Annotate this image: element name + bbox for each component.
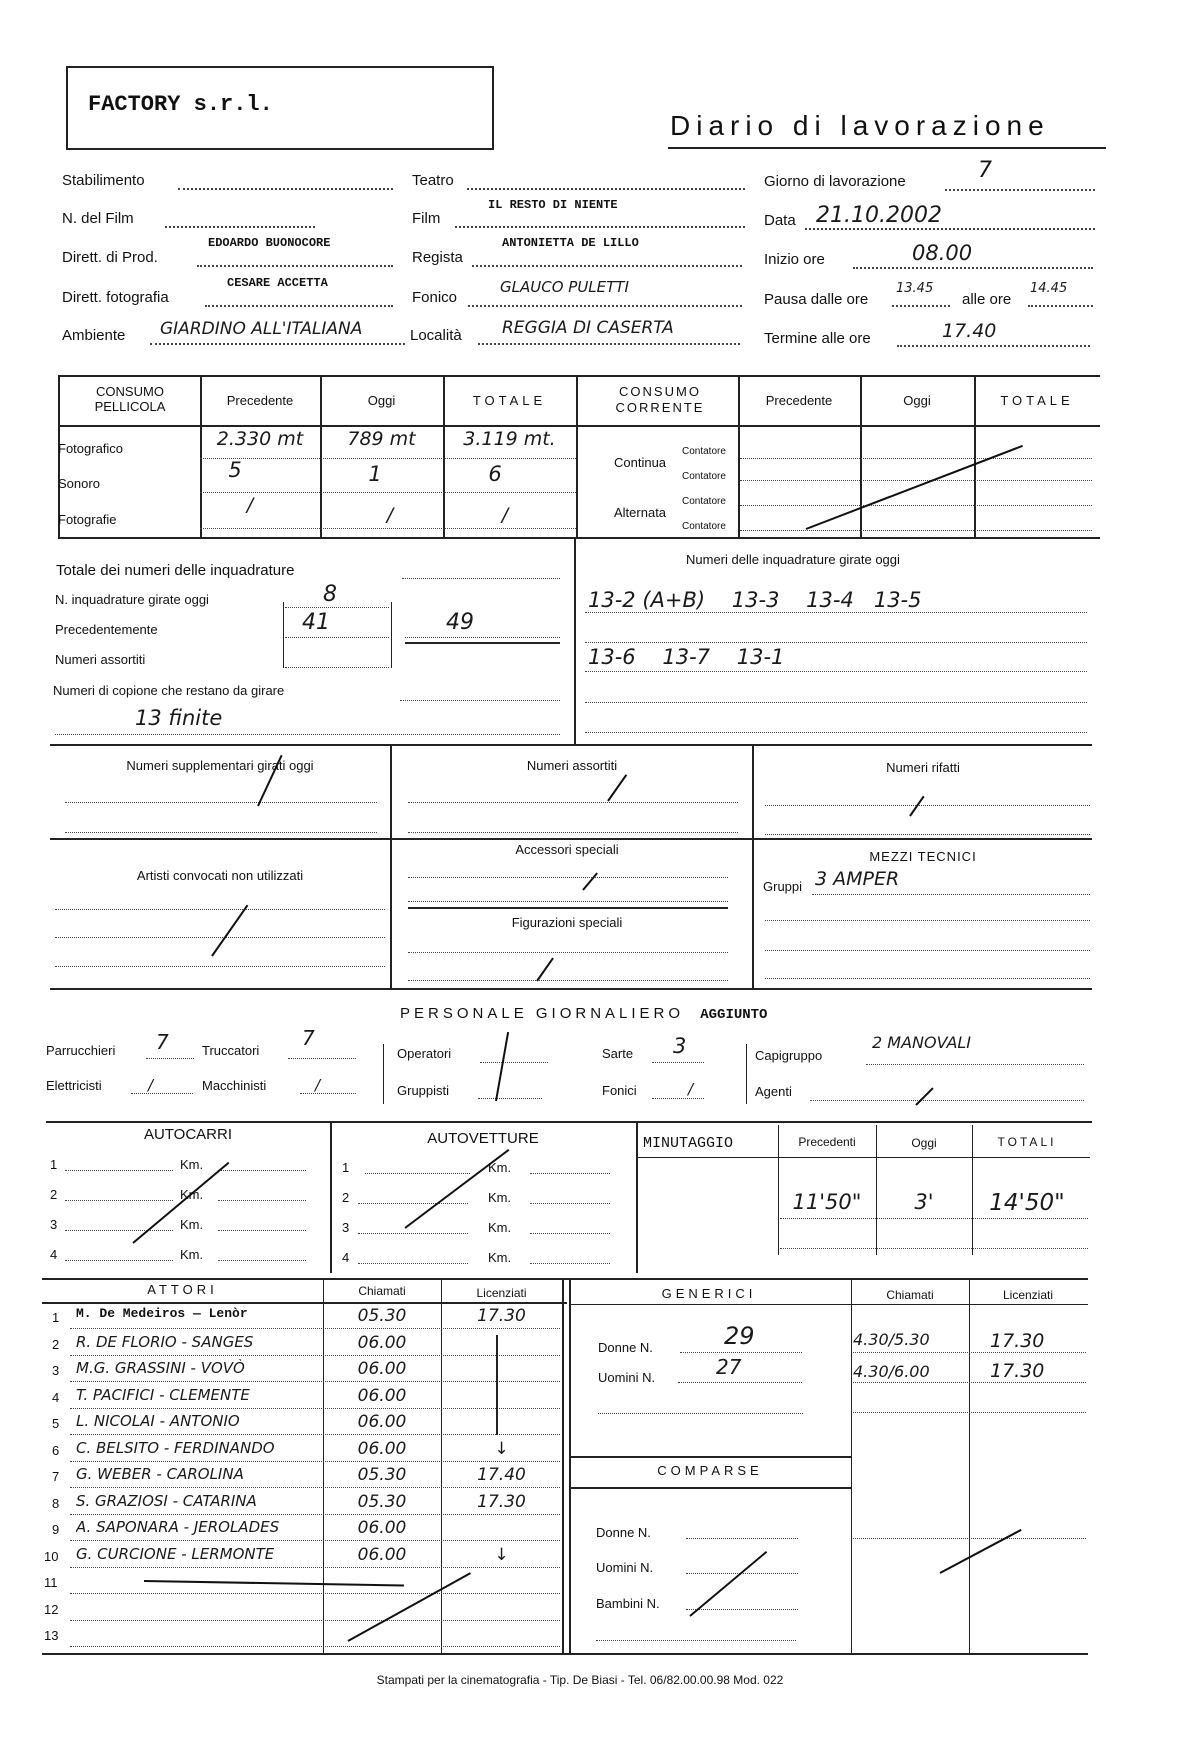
figurazioni-field[interactable] [408, 952, 728, 953]
accessori-title: Accessori speciali [392, 842, 742, 857]
divider [383, 1044, 384, 1104]
strike-line [607, 774, 627, 801]
divider [969, 1278, 970, 1653]
data-value: 21.10.2002 [816, 203, 942, 228]
dir-prod-field[interactable] [197, 265, 393, 267]
autocarri-row-num: 4 [50, 1247, 57, 1262]
divider [42, 1278, 1088, 1280]
precedentemente-label: Precedentemente [55, 622, 158, 637]
copione-field[interactable] [400, 700, 560, 701]
attori-header: ATTORI [42, 1282, 323, 1297]
copione-value: 13 finite [135, 706, 222, 730]
inquadrature-box [283, 602, 392, 668]
teatro-field[interactable] [467, 188, 745, 190]
generici-time-line [853, 1412, 1086, 1413]
attore-name: M. De Medeiros — Lenòr [76, 1306, 248, 1321]
autovetture-field[interactable] [358, 1203, 468, 1204]
rifatti-field[interactable] [765, 834, 1090, 835]
parrucchieri-field[interactable] [146, 1058, 194, 1059]
divider [50, 838, 1092, 840]
attore-row-line[interactable] [70, 1487, 560, 1488]
corrente-header-totale: TOTALE [974, 393, 1100, 408]
copione-label: Numeri di copione che restano da girare [53, 683, 284, 698]
assortiti-field[interactable] [408, 802, 738, 803]
truccatori-value: 7 [302, 1026, 315, 1050]
minutaggio-header: MINUTAGGIO [643, 1135, 733, 1152]
termine-value: 17.40 [942, 320, 996, 342]
title-underline [668, 147, 1106, 149]
minutaggio-header-precedenti: Precedenti [778, 1135, 876, 1149]
capigruppo-label: Capigruppo [755, 1048, 822, 1063]
gruppi-field[interactable] [812, 894, 1090, 895]
capigruppo-field[interactable] [866, 1064, 1084, 1065]
autocarri-km-field[interactable] [218, 1260, 306, 1261]
attore-row-num: 10 [44, 1549, 58, 1564]
fonici-value: / [688, 1080, 693, 1098]
mezzi-field[interactable] [765, 920, 1090, 921]
attore-row-num: 4 [52, 1390, 59, 1405]
comparse-donne-field[interactable] [686, 1538, 798, 1539]
autocarri-km-field[interactable] [218, 1170, 306, 1171]
attore-row-num: 9 [52, 1522, 59, 1537]
assortiti-title: Numeri assortiti [392, 758, 752, 773]
rifatti-title: Numeri rifatti [754, 760, 1092, 775]
contatore-label: Contatore [682, 521, 726, 532]
pellicola-cell: / [470, 504, 540, 526]
localita-label: Località [410, 327, 462, 344]
corrente-line [740, 480, 1092, 481]
artisti-title: Artisti convocati non utilizzati [50, 868, 390, 883]
autovetture-km: Km. [488, 1250, 511, 1265]
attore-row-line[interactable] [70, 1540, 560, 1541]
attore-row-line[interactable] [70, 1646, 560, 1647]
numeri-oggi-line[interactable] [585, 642, 1087, 643]
rifatti-field[interactable] [765, 805, 1090, 806]
accessori-field[interactable] [408, 901, 728, 902]
arrow-line [496, 1335, 498, 1435]
footer-text: Stampati per la cinematografia - Tip. De… [280, 1673, 880, 1687]
minutaggio-precedenti: 11'50" [778, 1190, 876, 1214]
generici-uomini-value: 27 [716, 1355, 741, 1379]
figurazioni-title: Figurazioni speciali [392, 915, 742, 930]
autovetture-row-num: 4 [342, 1250, 349, 1265]
attore-chiamati: 06.00 [323, 1333, 441, 1353]
operatori-label: Operatori [397, 1046, 451, 1061]
totale-inquadrature-field[interactable] [402, 578, 560, 579]
inizio-field[interactable] [853, 267, 1093, 269]
assortiti-field[interactable] [285, 667, 389, 668]
strike-line [404, 1149, 509, 1229]
attore-row-line[interactable] [70, 1593, 560, 1594]
gruppi-value: 3 AMPER [815, 868, 899, 890]
autocarri-field[interactable] [65, 1200, 173, 1201]
stabilimento-label: Stabilimento [62, 172, 145, 189]
generici-uomini-label: Uomini N. [598, 1370, 655, 1385]
generici-uomini-chiamati: 4.30/6.00 [853, 1362, 930, 1381]
regista-value: ANTONIETTA DE LILLO [502, 236, 639, 250]
pellicola-cell: 789 mt [320, 428, 443, 450]
attore-licenziati: ↓ [441, 1545, 562, 1565]
numeri-oggi-line[interactable] [585, 671, 1087, 672]
pellicola-header-oggi: Oggi [320, 393, 443, 408]
autocarri-km-field[interactable] [218, 1230, 306, 1231]
autovetture-km-field[interactable] [530, 1203, 610, 1204]
attore-chiamati: 05.30 [323, 1306, 441, 1326]
attore-row-line[interactable] [70, 1514, 560, 1515]
capigruppo-value: 2 MANOVALI [872, 1033, 971, 1052]
contatore-label: Contatore [682, 471, 726, 482]
attore-name: G. WEBER - CAROLINA [76, 1465, 244, 1483]
pellicola-cell: 6 [460, 462, 530, 486]
autocarri-km: Km. [180, 1217, 203, 1232]
n-film-label: N. del Film [62, 210, 134, 227]
elettricisti-field[interactable] [131, 1093, 193, 1094]
dir-prod-value: EDOARDO BUONOCORE [208, 236, 330, 250]
divider [50, 744, 1092, 746]
numeri-oggi-line[interactable] [585, 612, 1087, 613]
supplementari-field[interactable] [65, 832, 377, 833]
pellicola-row-label: Sonoro [58, 476, 100, 491]
autovetture-row-num: 3 [342, 1220, 349, 1235]
autovetture-km-field[interactable] [530, 1233, 610, 1234]
corrente-header: CONSUMO CORRENTE [600, 384, 720, 416]
data-field[interactable] [805, 228, 1095, 230]
parrucchieri-label: Parrucchieri [46, 1043, 115, 1058]
precedentemente-field[interactable] [285, 637, 389, 638]
numeri-oggi-line[interactable] [585, 732, 1087, 733]
divider [746, 1044, 747, 1104]
attore-chiamati: 05.30 [323, 1465, 441, 1485]
minutaggio-oggi: 3' [876, 1190, 972, 1214]
numeri-oggi-line2: 13-6 13-7 13-1 [588, 645, 784, 669]
autovetture-km-field[interactable] [530, 1173, 610, 1174]
autovetture-field[interactable] [358, 1233, 468, 1234]
dir-foto-value: CESARE ACCETTA [227, 276, 328, 290]
autovetture-field[interactable] [365, 1173, 470, 1174]
ambiente-value: GIARDINO ALL'ITALIANA [160, 319, 362, 339]
company-name: FACTORY s.r.l. [88, 92, 273, 117]
attore-chiamati: 05.30 [323, 1492, 441, 1512]
truccatori-field[interactable] [288, 1058, 356, 1059]
sarte-field[interactable] [652, 1062, 704, 1063]
attore-row-line[interactable] [70, 1355, 560, 1356]
numeri-oggi-line1: 13-2 (A+B) 13-3 13-4 13-5 [588, 588, 922, 612]
pellicola-line [200, 528, 576, 529]
divider [752, 744, 754, 988]
macchinisti-field[interactable] [300, 1093, 356, 1094]
dir-prod-label: Dirett. di Prod. [62, 249, 158, 266]
fonico-field[interactable] [468, 305, 742, 307]
ambiente-label: Ambiente [62, 327, 125, 344]
autocarri-field[interactable] [65, 1170, 173, 1171]
mezzi-tecnici-title: MEZZI TECNICI [754, 849, 1092, 864]
artisti-field[interactable] [55, 909, 385, 910]
contatore-label: Contatore [682, 496, 726, 507]
stabilimento-field[interactable] [178, 188, 393, 190]
generici-donne-chiamati: 4.30/5.30 [853, 1330, 930, 1349]
attore-row-line[interactable] [70, 1461, 560, 1462]
attore-row-num: 12 [44, 1602, 58, 1617]
truccatori-label: Truccatori [202, 1043, 259, 1058]
attore-row-num: 5 [52, 1416, 59, 1431]
attore-name: T. PACIFICI - CLEMENTE [76, 1386, 250, 1404]
corrente-header-precedente: Precedente [738, 393, 860, 408]
gruppisti-label: Gruppisti [397, 1083, 449, 1098]
pellicola-row-label: Fotografico [58, 441, 123, 456]
divider [408, 907, 728, 909]
macchinisti-label: Macchinisti [202, 1078, 266, 1093]
termine-field[interactable] [897, 345, 1090, 347]
attore-row-line[interactable] [70, 1408, 560, 1409]
corrente-line [740, 530, 1092, 531]
strike-line [689, 1551, 767, 1617]
strike-line [909, 796, 924, 817]
attore-chiamati: 06.00 [323, 1545, 441, 1565]
girate-oggi-field[interactable] [285, 607, 389, 608]
pellicola-cell: 3.119 mt. [443, 428, 576, 450]
totale-underline [405, 642, 560, 644]
assortiti-label: Numeri assortiti [55, 652, 145, 667]
fonici-label: Fonici [602, 1083, 637, 1098]
corrente-line [740, 505, 1092, 506]
divider [851, 1278, 852, 1653]
generici-extra-field[interactable] [598, 1413, 803, 1414]
autocarri-km: Km. [180, 1157, 203, 1172]
accessori-field[interactable] [408, 877, 728, 878]
attori-header-licenziati: Licenziati [441, 1286, 562, 1300]
attore-row-num: 11 [44, 1575, 58, 1590]
personale-title-suffix: AGGIUNTO [700, 1007, 767, 1023]
regista-field[interactable] [472, 265, 742, 267]
autocarri-field[interactable] [65, 1260, 173, 1261]
autocarri-row-num: 3 [50, 1217, 57, 1232]
autovetture-row-num: 1 [342, 1160, 349, 1175]
attore-licenziati: ↓ [441, 1439, 562, 1459]
divider [636, 1121, 638, 1273]
generici-time-line [853, 1352, 1086, 1353]
termine-label: Termine alle ore [764, 330, 871, 347]
pellicola-cell: 2.330 mt [200, 428, 320, 450]
localita-value: REGGIA DI CASERTA [502, 318, 674, 338]
comparse-extra-field[interactable] [596, 1640, 796, 1641]
supplementari-title: Numeri supplementari girati oggi [50, 758, 390, 773]
supplementari-field[interactable] [65, 802, 377, 803]
pausa-dalle-field[interactable] [892, 305, 950, 307]
divider [46, 1121, 1092, 1123]
comparse-bambini-label: Bambini N. [596, 1596, 660, 1611]
pausa-label: Pausa dalle ore [764, 291, 868, 308]
generici-time-line [853, 1382, 1086, 1383]
autocarri-title: AUTOCARRI [46, 1126, 330, 1143]
autovetture-km: Km. [488, 1220, 511, 1235]
inizio-value: 08.00 [912, 241, 972, 265]
figurazioni-field[interactable] [408, 980, 728, 981]
strike-line [582, 873, 598, 891]
attore-name: R. DE FLORIO - SANGES [76, 1333, 253, 1351]
totale-field [405, 637, 560, 638]
minutaggio-field[interactable] [780, 1218, 1088, 1219]
girate-oggi-label: N. inquadrature girate oggi [55, 592, 209, 607]
copione-field-2[interactable] [55, 734, 560, 735]
fonico-value: GLAUCO PULETTI [500, 278, 629, 296]
autovetture-title: AUTOVETTURE [330, 1130, 636, 1147]
pausa-alle-field[interactable] [1028, 305, 1093, 307]
contatore-label: Contatore [682, 446, 726, 457]
agenti-label: Agenti [755, 1084, 792, 1099]
attore-chiamati: 06.00 [323, 1412, 441, 1432]
attore-name: M.G. GRASSINI - VOVÒ [76, 1359, 245, 1377]
attore-row-line[interactable] [70, 1434, 560, 1435]
pellicola-line [200, 492, 576, 493]
pellicola-header-totale: TOTALE [443, 393, 576, 408]
generici-header-chiamati: Chiamati [851, 1288, 969, 1302]
minutaggio-field[interactable] [780, 1248, 1088, 1249]
divider [569, 1304, 1088, 1305]
comparse-bambini-field[interactable] [686, 1609, 798, 1610]
dir-foto-label: Dirett. fotografia [62, 289, 169, 306]
generici-uomini-licenziati: 17.30 [990, 1360, 1044, 1382]
pellicola-cell: / [215, 494, 285, 516]
numeri-oggi-line[interactable] [585, 702, 1087, 703]
strike-line [536, 957, 554, 981]
attore-licenziati: 17.40 [441, 1465, 562, 1485]
autocarri-row-num: 2 [50, 1187, 57, 1202]
corrente-header-oggi: Oggi [860, 393, 974, 408]
autovetture-km: Km. [488, 1190, 511, 1205]
pellicola-header-precedente: Precedente [200, 393, 320, 408]
fonico-label: Fonico [412, 289, 457, 306]
attore-row-num: 2 [52, 1337, 59, 1352]
alternata-label: Alternata [614, 505, 666, 520]
divider [58, 375, 1100, 377]
continua-label: Continua [614, 455, 666, 470]
attore-row-num: 8 [52, 1496, 59, 1511]
attore-row-num: 13 [44, 1628, 58, 1643]
attore-chiamati: 06.00 [323, 1359, 441, 1379]
strike-line [940, 1529, 1022, 1574]
divider [636, 1157, 1090, 1158]
pellicola-cell: 1 [340, 462, 410, 486]
autocarri-km-field[interactable] [218, 1200, 306, 1201]
film-label: Film [412, 210, 440, 227]
generici-donne-field[interactable] [680, 1352, 802, 1353]
ambiente-field[interactable] [150, 343, 405, 345]
autovetture-row-num: 2 [342, 1190, 349, 1205]
attore-row-line[interactable] [70, 1381, 560, 1382]
generici-donne-label: Donne N. [598, 1340, 653, 1355]
gruppi-label: Gruppi [763, 879, 802, 894]
sarte-value: 3 [673, 1034, 686, 1058]
localita-field[interactable] [478, 343, 740, 345]
film-field[interactable] [455, 226, 745, 228]
divider [390, 744, 392, 988]
attore-licenziati: 17.30 [441, 1306, 562, 1326]
attore-row-num: 3 [52, 1363, 59, 1378]
mezzi-field[interactable] [765, 978, 1090, 979]
autovetture-km-field[interactable] [530, 1263, 610, 1264]
fonici-field[interactable] [652, 1098, 704, 1099]
attore-row-line[interactable] [70, 1620, 560, 1621]
giorno-label: Giorno di lavorazione [764, 173, 906, 190]
autocarri-field[interactable] [65, 1230, 173, 1231]
generici-header-licenziati: Licenziati [969, 1288, 1087, 1302]
operatori-field[interactable] [480, 1062, 548, 1063]
attore-name: S. GRAZIOSI - CATARINA [76, 1492, 257, 1510]
sarte-label: Sarte [602, 1046, 633, 1061]
totale-inquadrature-label: Totale dei numeri delle inquadrature [56, 562, 294, 579]
regista-label: Regista [412, 249, 463, 266]
attore-name: A. SAPONARA - JEROLADES [76, 1518, 279, 1536]
comparse-title: COMPARSE [569, 1463, 851, 1478]
giorno-value: 7 [978, 158, 992, 183]
generici-uomini-field[interactable] [678, 1382, 802, 1383]
pellicola-cell: 5 [200, 458, 270, 482]
page-title: Diario di lavorazione [670, 110, 1050, 142]
attore-row-line[interactable] [70, 1567, 560, 1568]
n-film-field[interactable] [165, 226, 315, 228]
divider [562, 1278, 564, 1653]
pellicola-cell: / [355, 504, 425, 526]
attori-header-chiamati: Chiamati [323, 1284, 441, 1298]
autovetture-field[interactable] [358, 1263, 468, 1264]
attore-row-line[interactable] [70, 1328, 560, 1329]
minutaggio-totali: 14'50" [972, 1190, 1082, 1216]
autocarri-row-num: 1 [50, 1157, 57, 1172]
divider [58, 425, 1100, 427]
divider [42, 1653, 1088, 1655]
pausa-alle-label: alle ore [962, 291, 1011, 308]
generici-donne-value: 29 [724, 1322, 755, 1350]
personale-title-main: PERSONALE GIORNALIERO [400, 1005, 684, 1022]
autocarri-km: Km. [180, 1247, 203, 1262]
giorno-field[interactable] [945, 189, 1095, 191]
elettricisti-label: Elettricisti [46, 1078, 102, 1093]
strike-line [915, 1087, 933, 1105]
dir-foto-field[interactable] [205, 305, 393, 307]
attore-licenziati: 17.30 [441, 1492, 562, 1512]
assortiti-field[interactable] [408, 832, 738, 833]
data-label: Data [764, 212, 796, 229]
comparse-time-line [853, 1538, 1086, 1539]
artisti-field[interactable] [55, 966, 385, 967]
attore-row-num: 7 [52, 1469, 59, 1484]
attore-name: L. NICOLAI - ANTONIO [76, 1412, 240, 1430]
generici-donne-licenziati: 17.30 [990, 1330, 1044, 1352]
attore-chiamati: 06.00 [323, 1386, 441, 1406]
parrucchieri-value: 7 [156, 1030, 169, 1054]
generici-title: GENERICI [569, 1286, 849, 1301]
pellicola-row-label: Fotografie [58, 512, 117, 527]
divider [58, 537, 1100, 539]
strike-line [348, 1572, 471, 1642]
pausa-dalle-value: 13.45 [896, 281, 933, 296]
mezzi-field[interactable] [765, 950, 1090, 951]
minutaggio-header-oggi: Oggi [876, 1136, 972, 1150]
attore-row-num: 1 [52, 1310, 59, 1325]
agenti-field[interactable] [810, 1100, 1084, 1101]
inizio-label: Inizio ore [764, 251, 825, 268]
divider [42, 1302, 567, 1304]
minutaggio-header-totali: TOTALI [972, 1135, 1082, 1149]
pausa-alle-value: 14.45 [1030, 281, 1067, 296]
attore-name: G. CURCIONE - LERMONTE [76, 1545, 274, 1563]
artisti-field[interactable] [55, 937, 385, 938]
inquadrature-totale-value: 49 [446, 610, 474, 635]
attore-row-num: 6 [52, 1443, 59, 1458]
gruppisti-field[interactable] [478, 1098, 542, 1099]
personale-title: PERSONALE GIORNALIERO AGGIUNTO [400, 1005, 767, 1023]
macchinisti-value: / [315, 1076, 320, 1094]
